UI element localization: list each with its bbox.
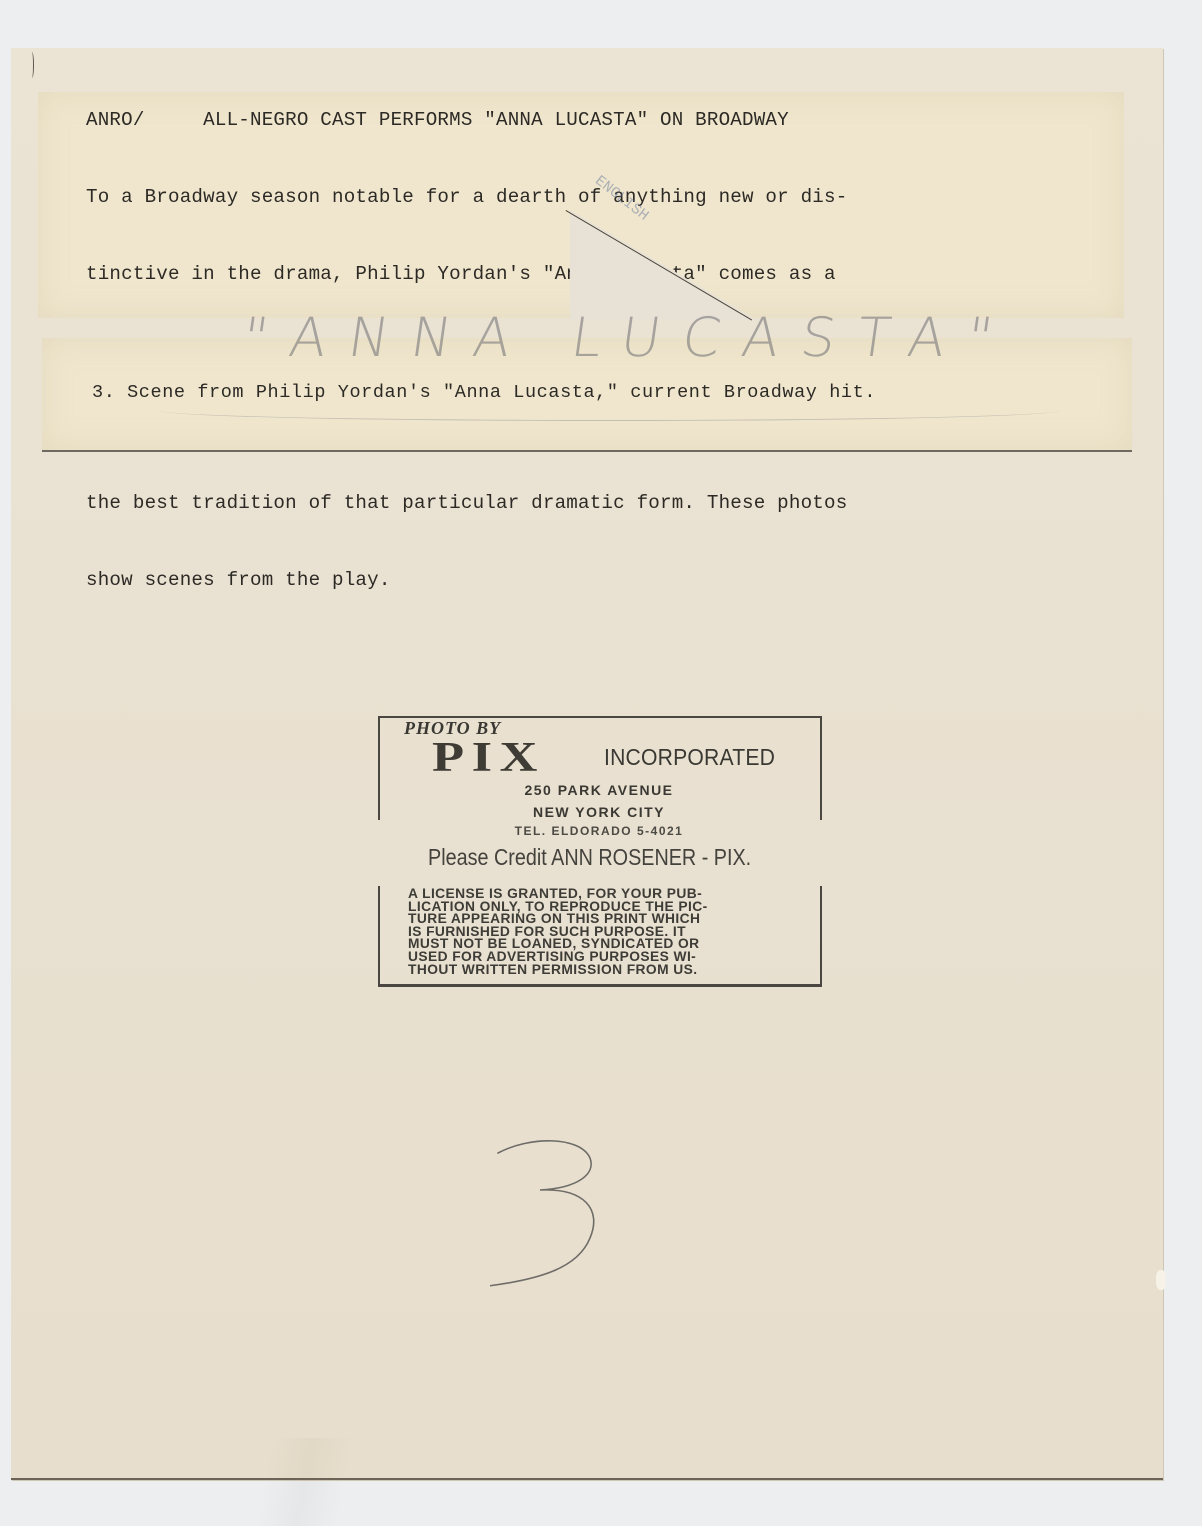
clipping-headline: ANRO/ ALL-NEGRO CAST PERFORMS "ANNA LUCA… — [86, 108, 789, 134]
license-line: THOUT WRITTEN PERMISSION FROM US. — [408, 964, 799, 977]
photo-caption: 3. Scene from Philip Yordan's "Anna Luca… — [92, 380, 876, 406]
handwritten-number-3 — [490, 1130, 610, 1290]
paper-edge-tear — [1156, 1270, 1166, 1290]
clipping-line: tinctive in the drama, Philip Yordan's "… — [86, 262, 847, 288]
pencil-tick-mark — [30, 52, 34, 78]
stamp-address-city: NEW YORK CITY — [376, 804, 822, 820]
stamp-address-street: 250 PARK AVENUE — [376, 782, 822, 798]
paper-crease — [161, 1438, 421, 1526]
stamp-photo-credit: Please Credit ANN ROSENER - PIX. — [428, 844, 751, 871]
stamp-phone: TEL. ELDORADO 5-4021 — [376, 824, 822, 838]
stamp-license-notice: A LICENSE IS GRANTED, FOR YOUR PUB- LICA… — [408, 888, 799, 976]
stamp-agency-logo: PIX — [432, 734, 545, 782]
agency-stamp: PHOTO BY PIX INCORPORATED 250 PARK AVENU… — [376, 714, 822, 986]
clipping-line: the best tradition of that particular dr… — [86, 491, 847, 517]
clipping-line: To a Broadway season notable for a deart… — [86, 185, 847, 211]
clipping-line: show scenes from the play. — [86, 568, 847, 594]
stamp-agency-suffix: INCORPORATED — [604, 744, 775, 771]
pencil-title-annotation: "ANNA LUCASTA" — [239, 306, 1019, 369]
